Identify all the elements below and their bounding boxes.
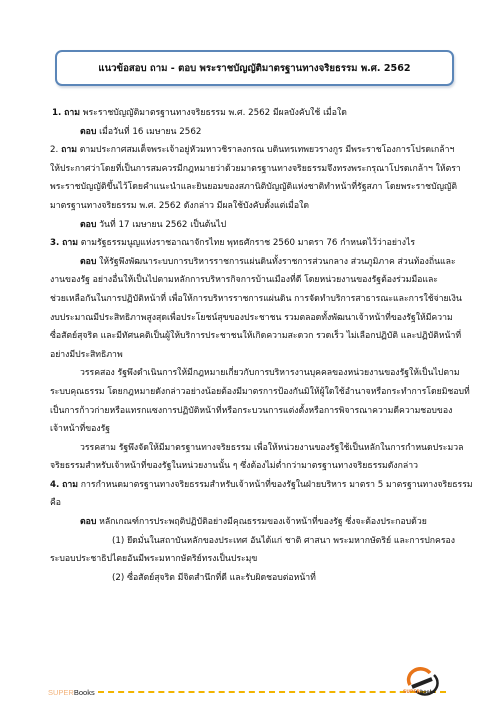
- line-text: งานของรัฐ อย่างอื่นให้เป็นไปตามหลักการบร…: [50, 275, 438, 285]
- text-line: เป็นการก้าวก่ายหรือแทรกแซงการปฏิบัติหน้า…: [50, 402, 458, 421]
- text-line: พระราชบัญญัติขึ้นไว้โดยคำแนะนำและยินยอมข…: [50, 178, 458, 197]
- line-text: จริยธรรมสำหรับเจ้าหน้าที่ของรัฐในหน่วยงา…: [50, 461, 418, 471]
- text-line: อย่างมีประสิทธิภาพ: [50, 346, 458, 365]
- line-text: ให้รัฐพึงพัฒนาระบบการบริหารราชการแผ่นดิน…: [96, 257, 455, 267]
- question-label: ถาม: [62, 480, 78, 490]
- answer-label: ตอบ: [80, 220, 96, 230]
- text-line: (2) ซื่อสัตย์สุจริต มีจิตสำนึกที่ดี และร…: [50, 569, 458, 588]
- footer: SUPERBooks: [48, 685, 448, 699]
- text-line: งานของรัฐ อย่างอื่นให้เป็นไปตามหลักการบร…: [50, 271, 458, 290]
- answer-label: ตอบ: [80, 257, 96, 267]
- text-line: ตอบ เมื่อวันที่ 16 เมษายน 2562: [50, 123, 458, 142]
- footer-brand: SUPERBooks: [48, 688, 95, 697]
- document-body: 1. ถาม พระราชบัญญัติมาตรฐานทางจริยธรรม พ…: [50, 104, 458, 587]
- line-text: วรรคสอง รัฐพึงดำเนินการให้มีกฎหมายเกี่ยว…: [80, 368, 460, 378]
- text-line: (1) ยึดมั่นในสถาบันหลักของประเทศ อันได้แ…: [50, 532, 458, 551]
- text-line: ช่วยเหลือกันในการปฏิบัติหน้าที่ เพื่อให้…: [50, 290, 458, 309]
- question-label: ถาม: [61, 145, 77, 155]
- line-text: ช่วยเหลือกันในการปฏิบัติหน้าที่ เพื่อให้…: [50, 294, 462, 304]
- text-line: 2. ถาม ตามประกาศสมเด็จพระเจ้าอยู่หัวมหาว…: [50, 141, 458, 160]
- text-line: ให้ประกาศว่าโดยที่เป็นการสมควรมีกฎหมายว่…: [50, 160, 458, 179]
- document-title: แนวข้อสอบ ถาม - ตอบ พระราชบัญญัติมาตรฐาน…: [98, 61, 410, 76]
- question-label: ถาม: [64, 108, 80, 118]
- line-text: หลักเกณฑ์การประพฤติปฏิบัติอย่างมีคุณธรรม…: [96, 517, 426, 527]
- text-line: 1. ถาม พระราชบัญญัติมาตรฐานทางจริยธรรม พ…: [50, 104, 458, 123]
- text-line: 4. ถาม การกำหนดมาตรฐานทางจริยธรรมสำหรับเ…: [50, 476, 458, 495]
- question-number: 3.: [50, 238, 59, 248]
- text-line: ระบอบประชาธิปไตยอันมีพระมหากษัตริย์ทรงเป…: [50, 550, 458, 569]
- line-text: การกำหนดมาตรฐานทางจริยธรรมสำหรับเจ้าหน้า…: [78, 480, 473, 490]
- line-text: ตามรัฐธรรมนูญแห่งราชอาณาจักรไทย พุทธศักร…: [78, 238, 415, 248]
- answer-label: ตอบ: [80, 517, 96, 527]
- title-box: แนวข้อสอบ ถาม - ตอบ พระราชบัญญัติมาตรฐาน…: [55, 50, 454, 86]
- text-line: 3. ถาม ตามรัฐธรรมนูญแห่งราชอาณาจักรไทย พ…: [50, 234, 458, 253]
- text-line: คือ: [50, 494, 458, 513]
- text-line: งบประมาณมีประสิทธิภาพสูงสุดเพื่อประโยชน์…: [50, 309, 458, 328]
- line-text: คือ: [50, 498, 61, 508]
- footer-divider: [98, 691, 446, 693]
- text-line: วรรคสาม รัฐพึงจัดให้มีมาตรฐานทางจริยธรรม…: [50, 439, 458, 458]
- question-number: 1.: [52, 108, 61, 118]
- line-text: ระบอบประชาธิปไตยอันมีพระมหากษัตริย์ทรงเป…: [50, 554, 257, 564]
- text-line: ตอบ วันที่ 17 เมษายน 2562 เป็นต้นไป: [50, 216, 458, 235]
- logo-wordmark: SUPERbooks: [403, 690, 435, 695]
- line-text: ให้ประกาศว่าโดยที่เป็นการสมควรมีกฎหมายว่…: [50, 164, 461, 174]
- line-text: ตามประกาศสมเด็จพระเจ้าอยู่หัวมหาวชิราลงก…: [77, 145, 454, 155]
- text-line: จริยธรรมสำหรับเจ้าหน้าที่ของรัฐในหน่วยงา…: [50, 457, 458, 476]
- answer-label: ตอบ: [80, 127, 96, 137]
- line-text: เมื่อวันที่ 16 เมษายน 2562: [96, 127, 201, 137]
- text-line: ซื่อสัตย์สุจริต และมีทัศนคติเป็นผู้ให้บร…: [50, 327, 458, 346]
- question-number: 4.: [50, 480, 59, 490]
- line-text: วันที่ 17 เมษายน 2562 เป็นต้นไป: [96, 220, 226, 230]
- text-line: ตอบ หลักเกณฑ์การประพฤติปฏิบัติอย่างมีคุณ…: [50, 513, 458, 532]
- line-text: อย่างมีประสิทธิภาพ: [50, 350, 123, 360]
- question-number: 2.: [50, 145, 58, 155]
- text-line: มาตรฐานทางจริยธรรม พ.ศ. 2562 ดังกล่าว มี…: [50, 197, 458, 216]
- text-line: วรรคสอง รัฐพึงดำเนินการให้มีกฎหมายเกี่ยว…: [50, 364, 458, 383]
- line-text: พระราชบัญญัติมาตรฐานทางจริยธรรม พ.ศ. 256…: [80, 108, 347, 118]
- line-text: วรรคสาม รัฐพึงจัดให้มีมาตรฐานทางจริยธรรม…: [80, 443, 463, 453]
- line-text: เป็นการก้าวก่ายหรือแทรกแซงการปฏิบัติหน้า…: [50, 406, 452, 416]
- text-line: ระบบคุณธรรม โดยกฎหมายดังกล่าวอย่างน้อยต้…: [50, 383, 458, 402]
- line-text: ระบบคุณธรรม โดยกฎหมายดังกล่าวอย่างน้อยต้…: [50, 387, 470, 397]
- text-line: เจ้าหน้าที่ของรัฐ: [50, 420, 458, 439]
- line-text: (1) ยึดมั่นในสถาบันหลักของประเทศ อันได้แ…: [112, 536, 455, 546]
- line-text: งบประมาณมีประสิทธิภาพสูงสุดเพื่อประโยชน์…: [50, 313, 453, 323]
- line-text: มาตรฐานทางจริยธรรม พ.ศ. 2562 ดังกล่าว มี…: [50, 201, 309, 211]
- line-text: พระราชบัญญัติขึ้นไว้โดยคำแนะนำและยินยอมข…: [50, 182, 457, 192]
- line-text: ซื่อสัตย์สุจริต และมีทัศนคติเป็นผู้ให้บร…: [50, 331, 461, 341]
- question-label: ถาม: [62, 238, 78, 248]
- text-line: ตอบ ให้รัฐพึงพัฒนาระบบการบริหารราชการแผ่…: [50, 253, 458, 272]
- line-text: เจ้าหน้าที่ของรัฐ: [50, 424, 110, 434]
- line-text: (2) ซื่อสัตย์สุจริต มีจิตสำนึกที่ดี และร…: [112, 573, 316, 583]
